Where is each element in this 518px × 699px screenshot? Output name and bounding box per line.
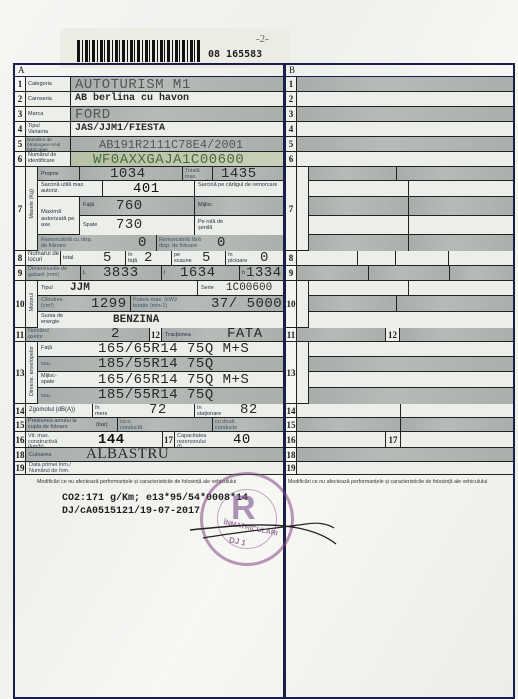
row-number: 10 [15, 281, 26, 327]
row-number: 3 [286, 107, 297, 121]
b-field-4[interactable] [297, 122, 513, 136]
value-proprie: 1034 [110, 167, 146, 180]
label-marca: Marca [28, 112, 43, 118]
b-field-11[interactable] [297, 328, 386, 341]
row-number: 7 [286, 167, 297, 250]
b-field-7b[interactable] [397, 167, 513, 180]
b-field-5[interactable] [297, 137, 513, 151]
row-categoria: 1 Categoria AUTOTURISM M1 [15, 77, 283, 92]
value-rezervor: 40 [233, 432, 251, 447]
row-omologare: 5 Numărul de omologare Anul fabricației … [15, 137, 283, 152]
label-inmatriculare: Data primei înm./ Numărul de înm. [29, 463, 74, 474]
row-marca: 3 Marca FORD [15, 107, 283, 122]
b-row-4: 4 [286, 122, 513, 137]
label-putere: Putere max. (kW)/ turație (min-1) [133, 298, 193, 309]
row-number: 12 [386, 328, 400, 341]
b-field-7f[interactable] [409, 197, 513, 215]
row-locuri: 8 Numărul de locuri total5 în față2 pe s… [15, 251, 283, 266]
row-number: 2 [286, 92, 297, 106]
value-fata: 760 [116, 198, 143, 214]
label-sau-1: sau [41, 362, 50, 368]
value-totala: 1435 [221, 167, 257, 180]
row-number: 7 [15, 167, 26, 250]
modifications-heading: Modificări ce nu afectează performanțele… [37, 479, 236, 485]
label-masele: Masele (Kg) [29, 189, 35, 219]
label-proprie: Proprie [41, 172, 59, 178]
value-sau-1: 185/55R14 75Q [98, 357, 214, 371]
b-field-15b[interactable] [401, 418, 513, 431]
b-row-8: 8 [286, 251, 513, 266]
b-field-7d[interactable] [409, 181, 513, 196]
value-omologare: AB191R2111C78E4/2001 [99, 138, 243, 151]
label-cu-doua-conducte: cu două conducte [215, 420, 245, 431]
row-number: 8 [286, 251, 297, 265]
label-l: l [164, 271, 165, 277]
label-spate: Spate [83, 223, 97, 229]
b-field-17[interactable] [401, 432, 513, 447]
column-b-header: B [286, 65, 513, 77]
b-field-13c[interactable] [309, 372, 513, 387]
value-viteza: 144 [98, 432, 125, 447]
row-number: 12 [150, 328, 162, 341]
label-cilindree: Cilindree (cm³) [41, 298, 71, 309]
b-field-13a[interactable] [309, 342, 513, 356]
row-number: 9 [15, 266, 26, 280]
row-number: 18 [286, 448, 297, 461]
row-number: 5 [15, 137, 26, 151]
value-sursa: BENZINA [113, 314, 159, 326]
row-number: 9 [286, 266, 297, 280]
label-anvelope: Dimens. anvelopelor [29, 346, 35, 396]
row-number: 1 [15, 77, 26, 91]
b-field-13b[interactable] [309, 357, 513, 371]
label-sursa: Sursa de energie [41, 314, 71, 325]
b-row-19: 19 [286, 462, 513, 475]
column-a: A 1 Categoria AUTOTURISM M1 2 Caroseria … [13, 63, 285, 699]
label-h: h [242, 271, 245, 277]
value-tractiune: FATA [227, 328, 263, 341]
b-field-14a[interactable] [297, 404, 401, 417]
b-field-18[interactable] [297, 448, 513, 461]
b-row-7: 7 [286, 167, 513, 251]
label-sau-2: sau [41, 394, 50, 400]
label-bar: (bar) [96, 423, 108, 429]
label-sarcina-utila: Sarcină utilă max. autoriz. [41, 183, 99, 194]
row-anvelope: 13 Dimens. anvelopelor Față165/65R14 75Q… [15, 342, 283, 404]
label-identificare: Numărul de identificare [28, 153, 68, 164]
b-field-7j[interactable] [409, 235, 513, 251]
column-a-header: A [15, 65, 283, 77]
row-number: 15 [286, 418, 297, 431]
modification-line-dj: DJ/cA0515121/19-07-2017 [62, 506, 200, 517]
label-totala: Totală max. autorizată [185, 169, 213, 180]
label-presiune: Presiunea aerului la cupla de frânare [28, 419, 90, 430]
value-vin: WF0AXXGAJA1C00600 [93, 152, 244, 166]
value-serie: 1C00600 [226, 282, 272, 294]
b-field-8b[interactable] [358, 251, 396, 265]
b-row-10: 10 [286, 281, 513, 328]
label-tipul-motor: Tipul [41, 286, 53, 292]
b-field-7e[interactable] [309, 197, 409, 215]
value-spate: 730 [116, 217, 143, 233]
b-field-9c[interactable] [450, 266, 513, 280]
row-number: 8 [15, 251, 26, 265]
b-row-1: 1 [286, 77, 513, 92]
label-L: L [83, 271, 86, 277]
row-axe-tractiune: 11 Numărul axelor2 12 TracțiuneaFATA [15, 328, 283, 342]
b-field-10a[interactable] [309, 281, 409, 295]
b-field-1[interactable] [297, 77, 513, 91]
value-categoria: AUTOTURISM M1 [75, 77, 191, 91]
label-locuri: Numărul de locuri [28, 252, 61, 263]
b-row-16-17: 16 17 [286, 432, 513, 448]
label-tipul: Tipul Varianta [28, 124, 58, 135]
label-in-picioare: în picioare [228, 253, 253, 264]
value-anv-mijloc: 165/65R14 75Q M+S [98, 372, 249, 387]
b-field-19[interactable] [297, 462, 513, 474]
label-serie: Serie [201, 286, 214, 292]
label-culoarea: Culoarea [29, 453, 51, 459]
b-row-3: 3 [286, 107, 513, 122]
row-number: 17 [386, 432, 401, 447]
b-field-7c[interactable] [309, 181, 409, 196]
label-pe-scaune: pe scaune [174, 253, 194, 264]
b-row-9: 9 [286, 266, 513, 281]
signature-icon [188, 508, 338, 548]
row-number: 4 [15, 122, 26, 136]
label-fata: Față [83, 203, 94, 209]
b-row-6: 6 [286, 152, 513, 167]
label-cu-o-conducta: cu o conductă [120, 420, 150, 431]
value-anv-fata: 165/65R14 75Q M+S [98, 342, 249, 356]
row-number: 14 [286, 404, 297, 417]
value-axe: 2 [111, 328, 120, 341]
b-field-2[interactable] [297, 92, 513, 106]
b-field-8a[interactable] [297, 251, 358, 265]
b-field-7a[interactable] [309, 167, 397, 180]
value-culoarea: ALBASTRU [86, 448, 169, 461]
b-field-7g[interactable] [309, 216, 409, 234]
row-number: 16 [15, 432, 26, 447]
row-caroseria: 2 Caroseria AB berlina cu havon [15, 92, 283, 107]
value-L: 3833 [103, 266, 139, 280]
row-number: 15 [15, 418, 26, 431]
label-remorcabila-cu: Remorcabilă cu disp. de frânare [41, 238, 96, 249]
b-field-10c[interactable] [309, 296, 397, 311]
b-row-15: 15 [286, 418, 513, 432]
label-caroseria: Caroseria [28, 97, 52, 103]
value-tipul-motor: JJM [70, 282, 90, 294]
value-cilindree: 1299 [91, 296, 127, 311]
row-zgomot: 14 Zgomotul (dB(A)) în mers72 în stațion… [15, 404, 283, 418]
page-marker: -2- [256, 33, 269, 45]
value-sau-2: 185/55R14 75Q [98, 388, 214, 403]
value-pe-scaune: 5 [202, 251, 211, 265]
row-number: 11 [15, 328, 26, 341]
row-number: 13 [15, 342, 26, 403]
value-remorcabila-fara: 0 [217, 235, 226, 251]
row-number: 6 [286, 152, 297, 166]
label-tractiune: Tracțiunea [165, 333, 191, 339]
label-max-axe: Maximă autorizată pe axe [41, 209, 79, 229]
barcode [77, 40, 202, 62]
value-tipul: JAS/JJM1/FIESTA [75, 123, 165, 134]
label-sarcina-carlig: Sarcină pe cârligul de remorcare [198, 183, 283, 189]
b-field-3[interactable] [297, 107, 513, 121]
row-motorul: 10 Motorul TipulJJM Serie1C00600 Cilindr… [15, 281, 283, 328]
row-number: 3 [15, 107, 26, 121]
label-in-mers: în mers [95, 406, 110, 417]
column-b: B 1 2 3 4 5 6 7 8 9 10 11 12 13 14 15 [284, 63, 515, 699]
row-number: 2 [15, 92, 26, 106]
label-viteza: Vit. max. constructivă (km/h) [28, 434, 66, 447]
row-number: 16 [286, 432, 297, 447]
row-number: 4 [286, 122, 297, 136]
value-marca: FORD [75, 107, 111, 121]
b-row-13: 13 [286, 342, 513, 404]
value-caroseria: AB berlina cu havon [75, 93, 189, 104]
b-field-7i[interactable] [309, 235, 409, 251]
row-dimensiuni: 9 Dimensiunile de gabarit (mm) L3833 l16… [15, 266, 283, 281]
label-categoria: Categoria [28, 82, 52, 88]
label-axe: Numărul axelor [28, 329, 53, 340]
b-field-8c[interactable] [396, 251, 449, 265]
value-in-mers: 72 [149, 404, 167, 417]
row-number: 17 [163, 432, 175, 447]
row-tipul: 4 Tipul Varianta JAS/JJM1/FIESTA [15, 122, 283, 137]
row-culoarea: 18 CuloareaALBASTRU [15, 448, 283, 462]
b-field-6[interactable] [297, 152, 513, 166]
label-motorul: Motorul [29, 293, 35, 311]
row-number: 18 [15, 448, 26, 461]
value-h: 1334 [246, 266, 282, 280]
label-rezervor: Capacitatea rezervorului (l) [177, 434, 212, 447]
b-field-10d[interactable] [397, 296, 513, 311]
row-number: 19 [15, 462, 26, 474]
label-total: total [63, 256, 73, 262]
b-row-2: 2 [286, 92, 513, 107]
label-anv-mijloc: Mijloc- spate [41, 374, 61, 385]
row-number: 11 [286, 328, 297, 341]
row-number: 13 [286, 342, 297, 403]
value-sarcina-utila: 401 [133, 181, 160, 196]
label-in-stationare: în staționare [197, 406, 225, 417]
serial-number: 08 165583 [208, 49, 262, 60]
label-in-fata: în față [128, 253, 140, 264]
b-field-16[interactable] [297, 432, 386, 447]
label-pe-rola: Pe rolă de șenilă [198, 220, 233, 231]
b-field-10e[interactable] [309, 312, 513, 328]
b-field-8d[interactable] [449, 251, 513, 265]
b-field-10b[interactable] [409, 281, 513, 295]
row-masele: 7 Masele (Kg) Proprie 1034 Totală max. a… [15, 167, 283, 251]
b-row-11-12: 11 12 [286, 328, 513, 342]
label-remorcabila-fara: Remorcabilă fără disp. de frânare [159, 238, 214, 249]
b-field-14b[interactable] [401, 404, 513, 417]
label-mijloc: Mijloc [198, 203, 212, 209]
b-field-9b[interactable] [369, 266, 450, 280]
row-number: 1 [286, 77, 297, 91]
row-number: 14 [15, 404, 26, 417]
value-remorcabila-cu: 0 [138, 235, 147, 251]
value-in-stationare: 82 [240, 404, 258, 417]
b-field-7h[interactable] [409, 216, 513, 234]
row-number: 19 [286, 462, 297, 474]
label-dimensiuni: Dimensiunile de gabarit (mm) [28, 267, 80, 278]
value-in-fata: 2 [144, 251, 153, 265]
b-row-14: 14 [286, 404, 513, 418]
row-identificare: 6 Numărul de identificare WF0AXXGAJA1C00… [15, 152, 283, 167]
label-zgomot: Zgomotul (dB(A)) [29, 408, 75, 414]
b-field-12[interactable] [400, 328, 513, 341]
label-omologare: Numărul de omologare Anul fabricației [27, 138, 71, 151]
row-number: 10 [286, 281, 297, 327]
modifications-heading-b: Modificări ce nu afectează performanțele… [288, 479, 487, 485]
value-l: 1634 [180, 266, 216, 280]
b-field-9a[interactable] [297, 266, 369, 280]
row-presiune: 15 Presiunea aerului la cupla de frânare… [15, 418, 283, 432]
row-viteza-rezervor: 16 Vit. max. constructivă (km/h)144 17 C… [15, 432, 283, 448]
b-row-5: 5 [286, 137, 513, 152]
b-field-15a[interactable] [297, 418, 401, 431]
row-number: 6 [15, 152, 26, 166]
value-putere: 37/ 5000 [211, 296, 282, 311]
b-field-13d[interactable] [309, 388, 513, 404]
row-number: 5 [286, 137, 297, 151]
label-anv-fata: Față [41, 346, 52, 352]
value-in-picioare: 0 [260, 251, 269, 265]
value-total: 5 [103, 251, 112, 265]
b-row-18: 18 [286, 448, 513, 462]
